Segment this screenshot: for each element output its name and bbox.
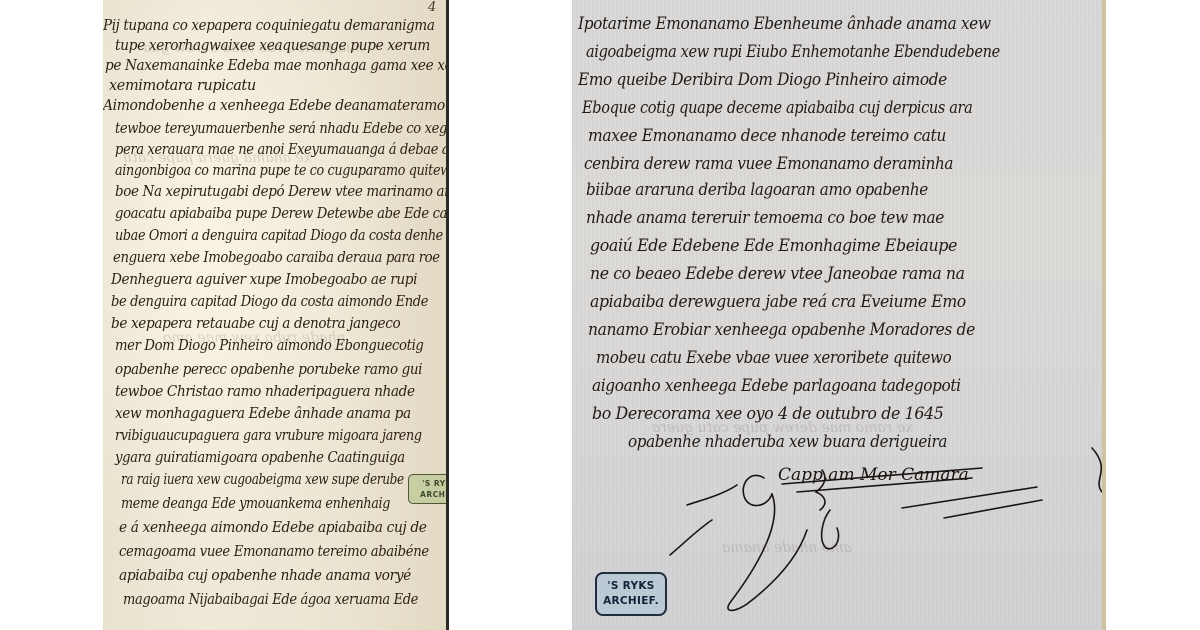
manuscript-line: boe Na xepirutugabi depó Derew vtee mari…: [115, 184, 449, 200]
manuscript-line: Pij tupana co xepapera coquiniegatu dema…: [103, 18, 434, 34]
manuscript-line: xew monhagaguera Edebe ânhade anama pa: [115, 406, 411, 422]
manuscript-line: rvibiguaucupaguera gara vrubure migoara …: [115, 428, 422, 444]
signature-text: Capp.am Mor Camara: [778, 465, 969, 485]
manuscript-line: ra raig iuera xew cugoabeigma xew supe d…: [121, 472, 404, 488]
manuscript-line: enguera xebe Imobegoabo caraiba deraua p…: [113, 250, 440, 266]
manuscript-line: mer Dom Diogo Pinheiro aimondo Ebongueco…: [115, 338, 424, 354]
stamp-text-line: ARCHIEF.: [597, 594, 665, 609]
manuscript-line: ubae Omori a denguira capitad Diogo da c…: [115, 228, 443, 244]
manuscript-page-left: mia poribu rae tuba derew gua xe anama g…: [103, 0, 449, 630]
manuscript-line: opabenhe perecc opabenhe porubeke ramo g…: [115, 362, 422, 378]
manuscript-line: be xepapera retauabe cuj a denotra jange…: [111, 316, 400, 332]
signature-flourish: Capp.am Mor Camara: [572, 0, 1106, 630]
folio-number: 4: [428, 0, 436, 15]
stamp-text-line: 'S RYKS: [597, 579, 665, 594]
manuscript-line: tewboe Christao ramo nhaderipaguera nhad…: [115, 384, 415, 400]
manuscript-line: e á xenheega aimondo Edebe apiabaiba cuj…: [119, 520, 427, 536]
manuscript-line: apiabaiba cuj opabenhe nhade anama voryé: [119, 568, 411, 584]
stamp-text-line: ARCHIEF: [409, 489, 449, 500]
archive-stamp: 'S RYKS ARCHIEF.: [595, 572, 667, 616]
manuscript-line: meme deanga Ede ymouankema enhenhaig: [121, 496, 390, 512]
archive-stamp: 'S RYKS ARCHIEF: [408, 474, 449, 504]
manuscript-line: aingonbigoa co marina pupe te co cugupar…: [115, 163, 449, 179]
manuscript-line: tewboe tereyumauerbenhe será nhadu Edebe…: [115, 121, 449, 137]
manuscript-line: magoama Nijabaibagai Ede ágoa xeruama Ed…: [123, 592, 418, 608]
manuscript-line: tupe xerorhagwaixee xeaquesange pupe xer…: [115, 38, 430, 54]
manuscript-line: Aimondobenhe a xenheega Edebe deanamater…: [103, 98, 449, 114]
manuscript-line: ygara guiratiamigoara opabenhe Caatingui…: [115, 450, 405, 466]
manuscript-line: cemagoama vuee Emonanamo tereimo abaibén…: [119, 544, 429, 560]
manuscript-line: goacatu apiabaiba pupe Derew Detewbe abe…: [115, 206, 449, 222]
manuscript-line: Denheguera aguiver xupe Imobegoabo ae ru…: [111, 272, 417, 288]
manuscript-line: pera xerauara mae ne anoi Exeyumauanga á…: [115, 142, 449, 158]
manuscript-page-right: xe ramo mae derew pupe catu guera amo nh…: [572, 0, 1106, 630]
manuscript-line: pe Naxemanainke Edeba mae monhaga gama x…: [105, 58, 449, 74]
manuscript-line: xemimotara rupicatu: [109, 78, 256, 94]
stamp-text-line: 'S RYKS: [409, 478, 449, 489]
manuscript-line: be denguira capitad Diogo da costa aimon…: [111, 294, 428, 310]
